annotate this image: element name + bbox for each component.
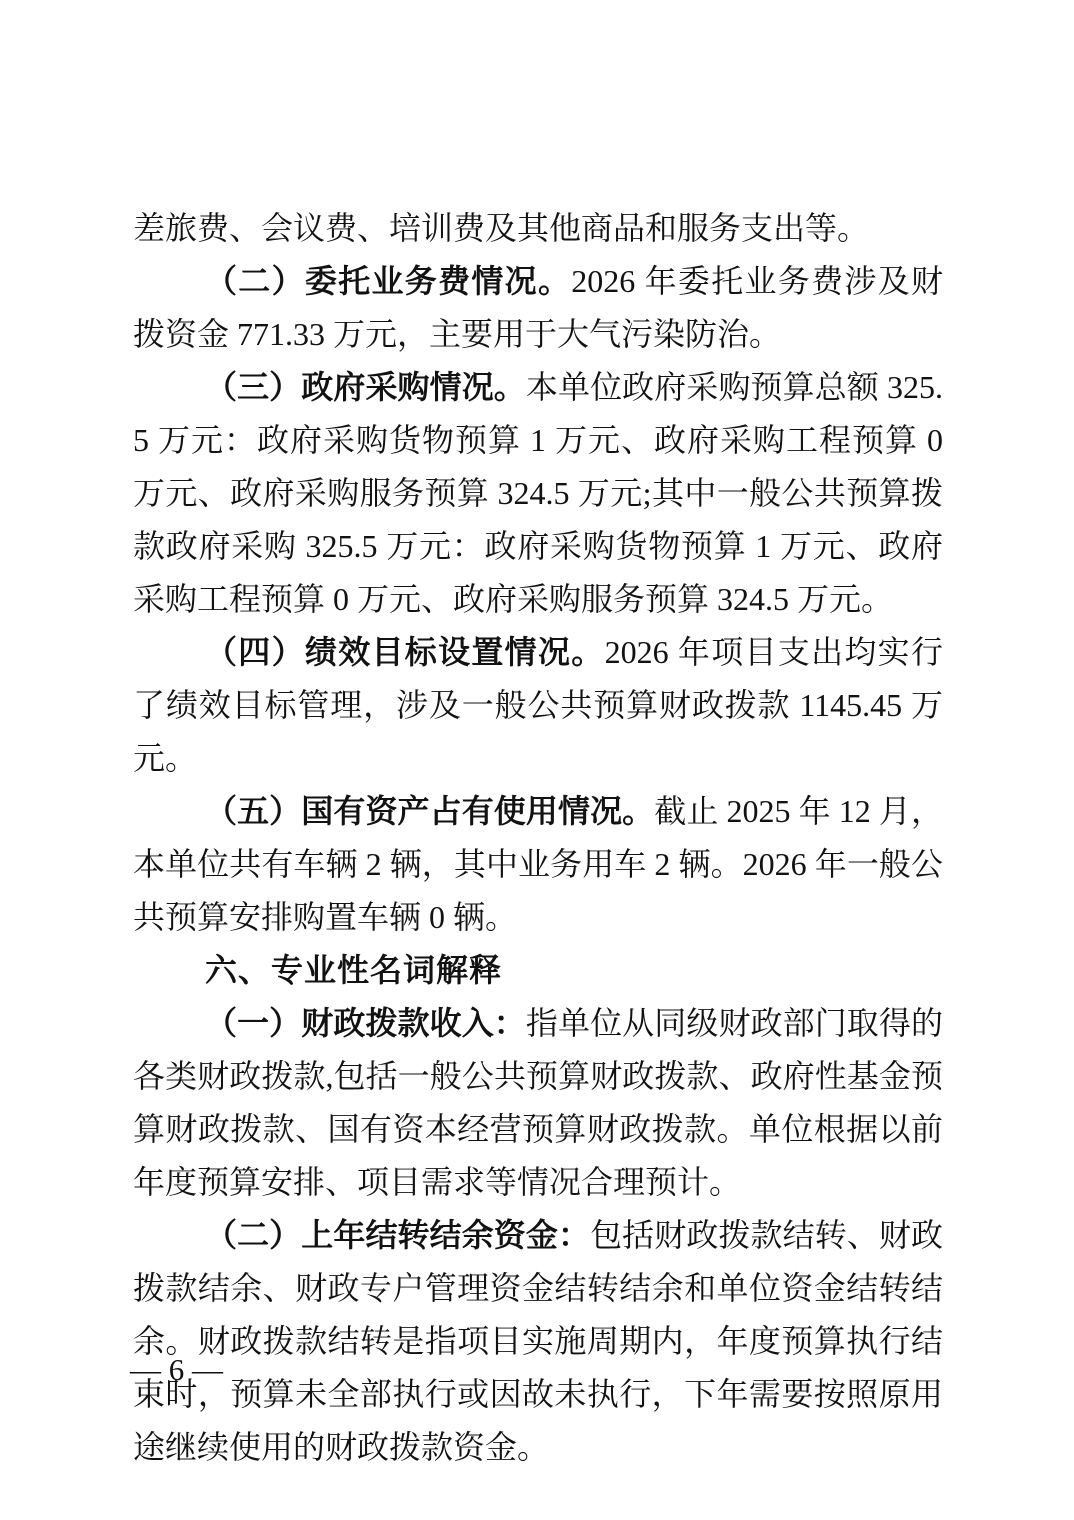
paragraph-term-carryover-surplus-funds: （二）上年结转结余资金：包括财政拨款结转、财政拨款结余、财政专户管理资金结转结余…	[133, 1209, 943, 1474]
paragraph-entrusted-business-fee: （二）委托业务费情况。2026 年委托业务费涉及财拨资金 771.33 万元，主…	[133, 255, 943, 361]
document-body: 差旅费、会议费、培训费及其他商品和服务支出等。 （二）委托业务费情况。2026 …	[133, 202, 943, 1474]
paragraph-performance-targets: （四）绩效目标设置情况。2026 年项目支出均实行了绩效目标管理，涉及一般公共预…	[133, 626, 943, 785]
document-page: 差旅费、会议费、培训费及其他商品和服务支出等。 （二）委托业务费情况。2026 …	[0, 0, 1074, 1520]
paragraph-state-owned-assets: （五）国有资产占有使用情况。截止 2025 年 12 月，本单位共有车辆 2 辆…	[133, 785, 943, 944]
paragraph-text: 包括财政拨款结转、财政拨款结余、财政专户管理资金结转结余和单位资金结转结余。财政…	[133, 1217, 943, 1465]
paragraph-text: 差旅费、会议费、培训费及其他商品和服务支出等。	[133, 210, 869, 246]
paragraph-term-fiscal-appropriation-income: （一）财政拨款收入：指单位从同级财政部门取得的各类财政拨款,包括一般公共预算财政…	[133, 997, 943, 1209]
paragraph-lead: （五）国有资产占有使用情况。	[205, 793, 654, 829]
paragraph-lead: （二）上年结转结余资金：	[205, 1217, 590, 1253]
section-heading-glossary: 六、专业性名词解释	[133, 944, 943, 997]
paragraph-text: 本单位政府采购预算总额 325.5 万元：政府采购货物预算 1 万元、政府采购工…	[133, 369, 943, 617]
paragraph-lead: （一）财政拨款收入：	[205, 1005, 526, 1041]
paragraph-spending-items-continuation: 差旅费、会议费、培训费及其他商品和服务支出等。	[133, 202, 943, 255]
paragraph-government-procurement: （三）政府采购情况。本单位政府采购预算总额 325.5 万元：政府采购货物预算 …	[133, 361, 943, 626]
paragraph-lead: （四）绩效目标设置情况。	[205, 634, 605, 670]
paragraph-lead: （三）政府采购情况。	[205, 369, 526, 405]
paragraph-lead: （二）委托业务费情况。	[205, 263, 571, 299]
page-number: — 6 —	[130, 1350, 223, 1390]
